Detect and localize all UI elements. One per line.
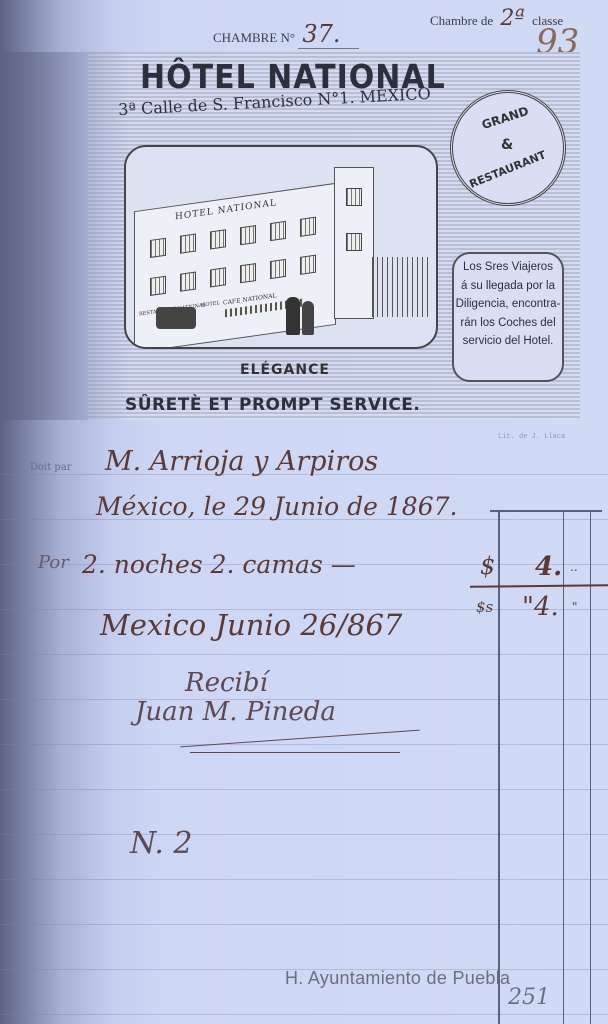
badge-top-text: GRAND bbox=[480, 104, 530, 132]
total-currency: $s bbox=[476, 598, 493, 616]
grand-restaurant-badge: GRAND & RESTAURANT bbox=[450, 90, 566, 206]
date-line: México, le 29 Junio de 1867. bbox=[96, 492, 457, 521]
slogan: SÛRETÈ ET PROMPT SERVICE. bbox=[125, 395, 420, 415]
doit-label: Doit par bbox=[30, 462, 72, 473]
printer-credit: Lit. de J. Llaca bbox=[498, 433, 565, 441]
binding-shadow bbox=[0, 52, 130, 420]
amount-column-rule bbox=[498, 512, 500, 1024]
notice-line: servicio del Hotel. bbox=[454, 332, 562, 351]
carriage bbox=[156, 307, 196, 329]
notice-line: á su llegada por la bbox=[454, 277, 562, 296]
notice-line: rán los Coches del bbox=[454, 314, 562, 333]
badge-bottom-text: RESTAURANT bbox=[468, 148, 548, 191]
line-item-amount: 4. bbox=[535, 552, 562, 582]
right-column-rule bbox=[590, 512, 591, 1024]
engraving-sign-main: HOTEL NATIONAL bbox=[175, 198, 277, 222]
total-cents: " bbox=[572, 600, 578, 614]
chambre-label-text: CHAMBRE N° bbox=[213, 30, 295, 45]
notice-line: Diligencia, encontra- bbox=[454, 295, 562, 314]
line-item-currency: $ bbox=[480, 552, 495, 580]
notice-line: Los Sres Viajeros bbox=[454, 258, 562, 277]
side-tower bbox=[334, 167, 374, 319]
chambre-number: 37. bbox=[298, 20, 358, 49]
travelers-notice: Los Sres Viajeros á su llegada por la Di… bbox=[452, 252, 564, 382]
archive-watermark: H. Ayuntamiento de Puebla bbox=[285, 968, 510, 989]
document-page: CHAMBRE N° 37. Chambre de 2ª classe 93 H… bbox=[0, 0, 608, 1024]
line-item-cents: .. bbox=[570, 560, 578, 574]
total-amount: "4. bbox=[522, 592, 559, 622]
receipt-signature: Juan M. Pineda bbox=[135, 697, 336, 727]
line-item-prefix: Por bbox=[38, 552, 69, 573]
badge-ornament: & bbox=[501, 137, 513, 153]
elegance-text: ELÉGANCE bbox=[240, 362, 330, 378]
chambre-label: CHAMBRE N° 37. bbox=[213, 20, 359, 48]
figure bbox=[302, 301, 314, 335]
hotel-engraving: HOTEL NATIONAL RESTAURANT NATIONAL HOTEL… bbox=[124, 145, 438, 349]
iron-fence bbox=[372, 257, 432, 317]
column-header-rule bbox=[490, 510, 602, 512]
classe-value: 2ª bbox=[496, 6, 528, 31]
cents-column-rule bbox=[563, 512, 564, 1024]
receipt-place-date: Mexico Junio 26/867 bbox=[100, 608, 402, 642]
classe-prefix: Chambre de bbox=[430, 13, 493, 28]
line-item: 2. noches 2. camas — bbox=[82, 550, 356, 579]
recipient: M. Arrioja y Arpiros bbox=[105, 446, 378, 477]
signature-underline bbox=[190, 752, 400, 753]
figure bbox=[286, 297, 300, 335]
number-note: N. 2 bbox=[130, 826, 193, 861]
receipt-word: Recibí bbox=[185, 668, 268, 698]
page-number: 251 bbox=[508, 985, 550, 1010]
engraving-sign-shop2: HOTEL bbox=[201, 300, 220, 309]
